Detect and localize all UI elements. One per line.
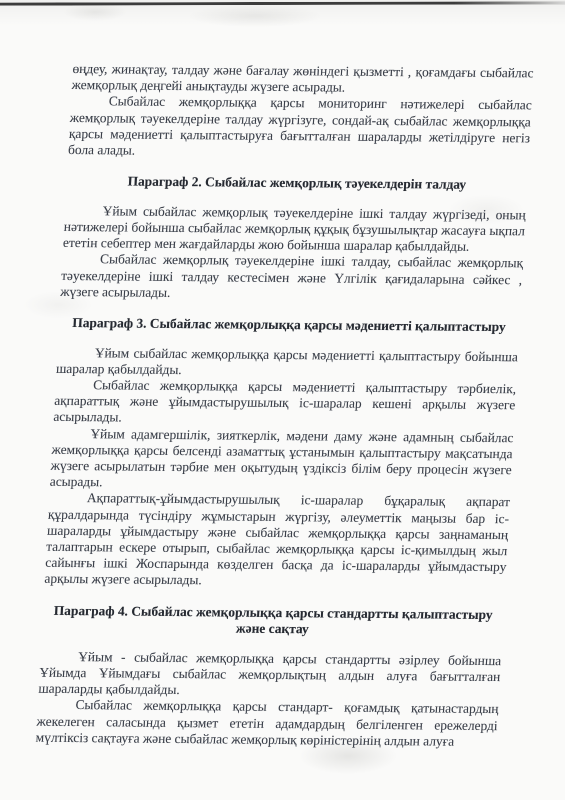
body-paragraph: Ұйым адамгершілік, зияткерлік, мәдени да…: [49, 425, 514, 494]
body-paragraph: өңдеу, жинақтау, талдау және бағалау жөн…: [71, 61, 534, 98]
paragraph-heading: Параграф 2. Сыбайлас жемқорлық тәуекелде…: [66, 173, 528, 194]
body-paragraph: Ұйым - сыбайлас жемқорлыққа қарсы станда…: [38, 649, 502, 702]
body-paragraph: Сыбайлас жемқорлық тәуекелдеріне ішкі та…: [60, 251, 524, 304]
body-paragraph: Ұйым сыбайлас жемқорлық тәуекелдеріне іш…: [63, 203, 527, 256]
paragraph-heading: Параграф 4. Сыбайлас жемқорлыққа қарсы с…: [41, 602, 504, 640]
body-paragraph: Сыбайлас жемқорлыққа қарсы мониторинг нә…: [68, 93, 533, 162]
body-paragraph: Ұйым сыбайлас жемқорлыққа қарсы мәдениет…: [56, 344, 519, 381]
document-page-content: өңдеу, жинақтау, талдау және бағалау жөн…: [35, 61, 534, 750]
body-paragraph: Ақпараттық-ұйымдастырушылық іс-шаралар б…: [44, 490, 510, 592]
scanned-document-background: { "colors": { "paper": "#fafaf9", "ink":…: [0, 0, 565, 800]
body-paragraph: Сыбайлас жемқорлыққа қарсы мәдениетті қа…: [53, 377, 517, 430]
body-paragraph: Сыбайлас жемқорлыққа қарсы стандарт- қоғ…: [35, 697, 499, 750]
scan-edge-artifact: [0, 1, 565, 5]
paragraph-heading: Параграф 3. Сыбайлас жемқорлыққа қарсы м…: [58, 315, 520, 336]
